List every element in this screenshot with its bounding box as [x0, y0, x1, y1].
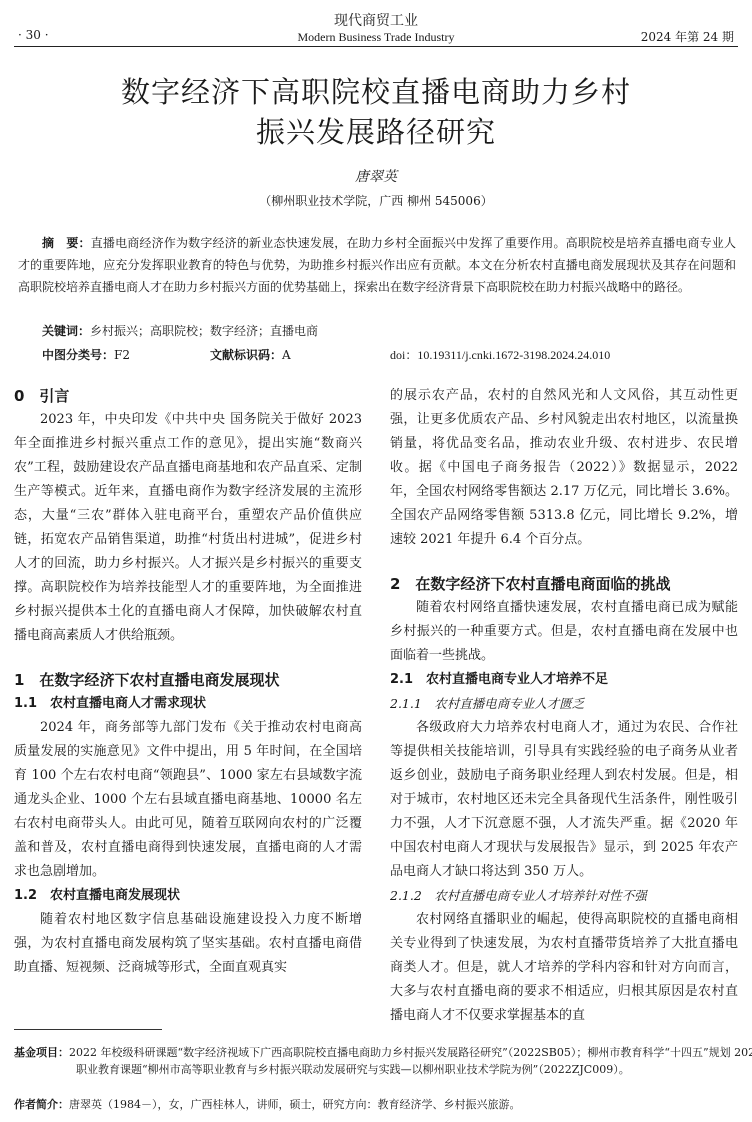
- clc-value: F2: [114, 348, 130, 362]
- author-bio: 作者简介：唐翠英（1984－），女，广西桂林人，讲师，硕士，研究方向：教育经济学…: [14, 1096, 736, 1113]
- keywords: 关键词：乡村振兴；高职院校；数字经济；直播电商: [42, 322, 318, 339]
- section-2-1-2-paragraph: 农村网络直播职业的崛起，使得高职院校的直播电商相关专业得到了快速发展，为农村直播…: [390, 908, 738, 1028]
- author-bio-text: 唐翠英（1984－），女，广西桂林人，讲师，硕士，研究方向：教育经济学、乡村振兴…: [69, 1098, 521, 1111]
- right-column: 的展示农产品，农村的自然风光和人文风俗，其互动性更强，让更多优质农产品、乡村风貌…: [390, 384, 738, 1028]
- continued-paragraph: 的展示农产品，农村的自然风光和人文风俗，其互动性更强，让更多优质农产品、乡村风貌…: [390, 384, 738, 552]
- journal-name-cn: 现代商贸工业: [0, 10, 752, 30]
- author-bio-label: 作者简介：: [14, 1098, 69, 1111]
- section-1-2-heading: 1.2 农村直播电商发展现状: [14, 884, 362, 908]
- section-0-paragraph: 2023 年，中央印发《中共中央 国务院关于做好 2023 年全面推进乡村振兴重…: [14, 408, 362, 648]
- issue-label: 2024 年第 24 期: [641, 28, 734, 45]
- keywords-text: 乡村振兴；高职院校；数字经济；直播电商: [90, 324, 318, 338]
- author-name: 唐翠英: [0, 166, 752, 186]
- author-affiliation: （柳州职业技术学院，广西 柳州 545006）: [0, 192, 752, 209]
- left-column: 0 引言 2023 年，中央印发《中共中央 国务院关于做好 2023 年全面推进…: [14, 384, 362, 980]
- fund-label: 基金项目：: [14, 1046, 69, 1059]
- abstract-label: 摘 要：: [42, 236, 91, 250]
- article-title: 数字经济下高职院校直播电商助力乡村 振兴发展路径研究: [0, 72, 752, 152]
- title-line-2: 振兴发展路径研究: [0, 112, 752, 152]
- section-1-1-paragraph: 2024 年，商务部等九部门发布《关于推动农村电商高质量发展的实施意见》文件中提…: [14, 716, 362, 884]
- clc-label: 中图分类号：: [42, 348, 114, 362]
- fund-note: 基金项目：2022 年校级科研课题“数字经济视域下广西高职院校直播电商助力乡村振…: [14, 1044, 752, 1078]
- section-2-1-heading: 2.1 农村直播电商专业人才培养不足: [390, 668, 738, 692]
- section-2-paragraph: 随着农村网络直播快速发展，农村直播电商已成为赋能乡村振兴的一种重要方式。但是，农…: [390, 596, 738, 668]
- section-2-1-1-paragraph: 各级政府大力培养农村电商人才，通过为农民、合作社等提供相关技能培训，引导具有实践…: [390, 716, 738, 884]
- abstract: 摘 要：直播电商经济作为数字经济的新业态快速发展，在助力乡村全面振兴中发挥了重要…: [18, 232, 736, 298]
- abstract-text: 直播电商经济作为数字经济的新业态快速发展，在助力乡村全面振兴中发挥了重要作用。高…: [18, 236, 736, 294]
- section-1-1-heading: 1.1 农村直播电商人才需求现状: [14, 692, 362, 716]
- section-2-1-1-heading: 2.1.1 农村直播电商专业人才匮乏: [390, 692, 738, 716]
- doc-code-label: 文献标识码：: [210, 348, 282, 362]
- document-code: 文献标识码：A: [210, 346, 291, 363]
- keywords-label: 关键词：: [42, 324, 90, 338]
- doi: doi：10.19311/j.cnki.1672-3198.2024.24.01…: [390, 346, 610, 363]
- section-2-heading: 2 在数字经济下农村直播电商面临的挑战: [390, 572, 738, 596]
- header-rule: [14, 46, 738, 47]
- section-2-1-2-heading: 2.1.2 农村直播电商专业人才培养针对性不强: [390, 884, 738, 908]
- fund-text: 2022 年校级科研课题“数字经济视域下广西高职院校直播电商助力乡村振兴发展路径…: [69, 1046, 752, 1076]
- section-1-2-paragraph: 随着农村地区数字信息基础设施建设投入力度不断增强，为农村直播电商发展构筑了坚实基…: [14, 908, 362, 980]
- footnote-rule: [14, 1029, 162, 1030]
- clc-number: 中图分类号：F2: [42, 346, 130, 363]
- title-line-1: 数字经济下高职院校直播电商助力乡村: [0, 72, 752, 112]
- doc-code-value: A: [282, 348, 291, 362]
- journal-name-en: Modern Business Trade Industry: [0, 30, 752, 45]
- section-1-heading: 1 在数字经济下农村直播电商发展现状: [14, 668, 362, 692]
- section-0-heading: 0 引言: [14, 384, 362, 408]
